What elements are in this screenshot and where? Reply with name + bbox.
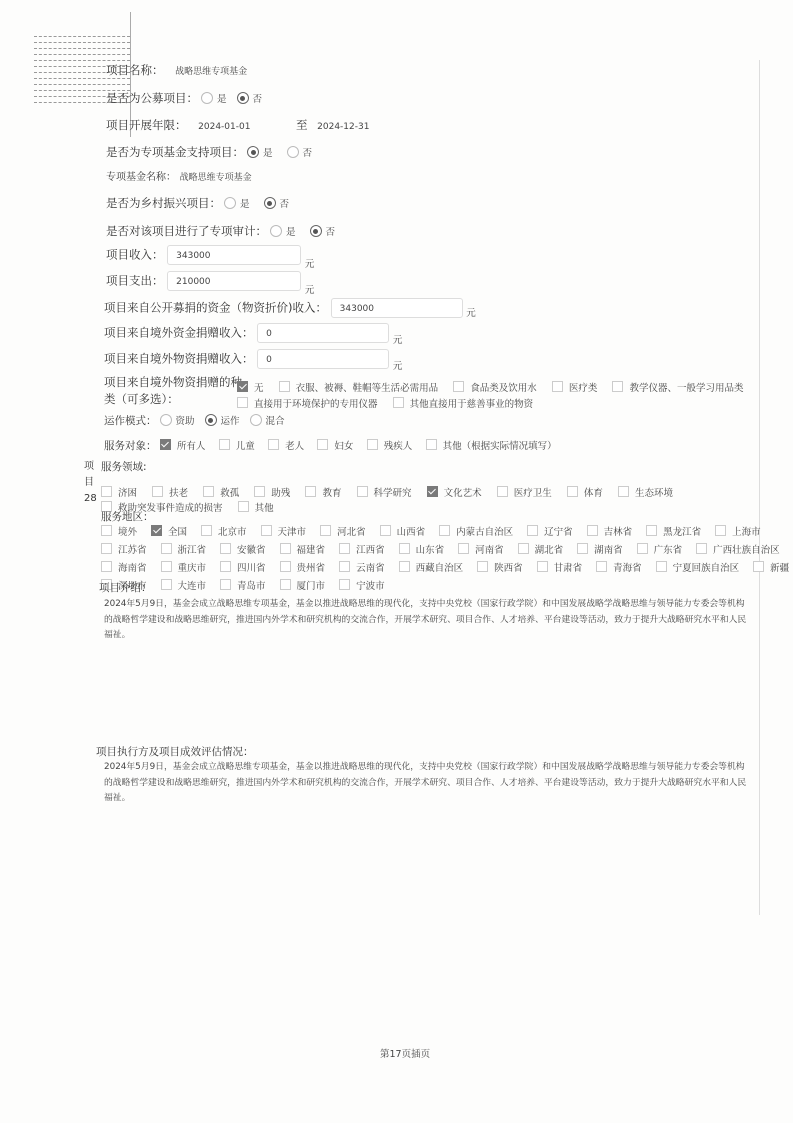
- checkbox[interactable]: [160, 439, 171, 450]
- special-fund-support-yes-radio[interactable]: [247, 146, 259, 158]
- checkbox[interactable]: [161, 561, 172, 572]
- special-fund-name-row: 专项基金名称： 战略思维专项基金: [106, 168, 252, 183]
- option-label: 科学研究: [374, 488, 412, 499]
- operation-mode-operate-radio[interactable]: [205, 414, 217, 426]
- checkbox[interactable]: [637, 543, 648, 554]
- checkbox[interactable]: [237, 381, 248, 392]
- service-field-option[interactable]: 其他: [238, 500, 274, 514]
- checkbox[interactable]: [453, 381, 464, 392]
- checkbox[interactable]: [527, 525, 538, 536]
- foreign-goods-income-row: 项目来自境外物资捐赠收入： 0 元: [104, 349, 402, 369]
- public-donation-income-row: 项目来自公开募捐的资金（物资折价)收入： 343000 元: [104, 298, 476, 318]
- service-region-option[interactable]: 四川省: [220, 561, 266, 576]
- option-label: 其他: [255, 503, 274, 514]
- special-fund-support-row: 是否为专项基金支持项目：是否: [106, 144, 312, 160]
- service-region-option[interactable]: 贵州省: [280, 561, 326, 576]
- option-label: 是: [240, 199, 250, 210]
- option-label: 辽宁省: [544, 527, 573, 538]
- option-label: 直接用于环境保护的专用仪器: [254, 399, 378, 410]
- service-field-option[interactable]: 医疗卫生: [497, 485, 552, 499]
- income-unit: 元: [305, 259, 315, 270]
- service-region-grid: 境外全国北京市天津市河北省山西省内蒙古自治区辽宁省吉林省黑龙江省上海市江苏省浙江…: [101, 522, 793, 594]
- option-label: 天津市: [278, 527, 307, 538]
- service-target-option[interactable]: 老人: [268, 438, 304, 452]
- service-target-option[interactable]: 残疾人: [367, 438, 413, 452]
- option-label: 大连市: [178, 581, 207, 592]
- page-edge-line: [759, 60, 760, 915]
- option-label: 江苏省: [118, 545, 147, 556]
- side-label-line: 项: [84, 459, 97, 475]
- service-target-row: 服务对象： 所有人 儿童 老人 妇女 残疾人 其他（根据实际情况填写）: [104, 438, 567, 453]
- special-fund-support-label: 是否为专项基金支持项目：: [106, 145, 244, 159]
- checkbox[interactable]: [305, 486, 316, 497]
- foreign-fund-income-row: 项目来自境外资金捐赠收入： 0 元: [104, 323, 402, 343]
- service-field-option[interactable]: 教育: [305, 485, 341, 499]
- service-target-option[interactable]: 儿童: [219, 438, 255, 452]
- rural-revitalization-row: 是否为乡村振兴项目：是否: [106, 195, 289, 211]
- service-region-row: 江苏省浙江省安徽省福建省江西省山东省河南省湖北省湖南省广东省广西壮族自治区: [101, 540, 793, 558]
- checkbox[interactable]: [367, 439, 378, 450]
- service-region-option[interactable]: 北京市: [201, 525, 247, 540]
- checkbox[interactable]: [339, 579, 350, 590]
- service-region-option[interactable]: 河南省: [458, 543, 504, 558]
- option-label: 安徽省: [237, 545, 266, 556]
- service-region-option[interactable]: 青海省: [596, 561, 642, 576]
- intro-text: 2024年5月9日，基金会成立战略思维专项基金，基金以推进战略思维的现代化，支持…: [104, 597, 749, 644]
- income-row: 项目收入： 343000 元: [106, 245, 314, 265]
- rural-revitalization-no-radio[interactable]: [264, 197, 276, 209]
- operation-mode-row: 运作模式：资助运作混合: [104, 413, 285, 428]
- intro-label: 项目介绍：: [99, 580, 152, 595]
- goods-type-option[interactable]: 其他直接用于慈善事业的物资: [393, 396, 534, 410]
- checkbox[interactable]: [753, 561, 764, 572]
- goods-type-option[interactable]: 医疗类: [552, 380, 598, 394]
- checkbox[interactable]: [279, 381, 290, 392]
- service-region-option[interactable]: 江西省: [339, 543, 385, 558]
- service-region-option[interactable]: 广东省: [637, 543, 683, 558]
- option-label: 其他直接用于慈善事业的物资: [410, 399, 534, 410]
- goods-type-option[interactable]: 直接用于环境保护的专用仪器: [237, 396, 378, 410]
- service-region-option[interactable]: 黑龙江省: [646, 525, 701, 540]
- option-label: 广西壮族自治区: [713, 545, 780, 556]
- option-label: 湖北省: [535, 545, 564, 556]
- checkbox[interactable]: [612, 381, 623, 392]
- checkbox[interactable]: [477, 561, 488, 572]
- option-label: 西藏自治区: [416, 563, 464, 574]
- checkbox[interactable]: [201, 525, 212, 536]
- option-label: 陕西省: [494, 563, 523, 574]
- checkbox[interactable]: [339, 543, 350, 554]
- option-label: 否: [253, 94, 263, 105]
- service-region-option[interactable]: 辽宁省: [527, 525, 573, 540]
- option-label: 境外: [118, 527, 137, 538]
- service-region-option[interactable]: 湖北省: [518, 543, 564, 558]
- option-label: 否: [303, 148, 313, 159]
- option-label: 青海省: [613, 563, 642, 574]
- option-label: 妇女: [334, 441, 353, 452]
- option-label: 残疾人: [384, 441, 413, 452]
- service-target-option[interactable]: 妇女: [317, 438, 353, 452]
- option-label: 是: [217, 94, 227, 105]
- option-label: 运作: [221, 416, 240, 427]
- service-region-option[interactable]: 宁波市: [339, 579, 385, 594]
- service-region-row: 境外全国北京市天津市河北省山西省内蒙古自治区辽宁省吉林省黑龙江省上海市: [101, 522, 793, 540]
- project-name-row: 项目名称： 战略思维专项基金: [106, 62, 247, 78]
- service-region-row: 深圳市大连市青岛市厦门市宁波市: [101, 576, 793, 594]
- option-label: 文化艺术: [444, 488, 482, 499]
- foreign-fund-income-label: 项目来自境外资金捐赠收入：: [104, 326, 254, 340]
- service-region-option[interactable]: 大连市: [161, 579, 207, 594]
- option-label: 教学仪器、一般学习用品类: [629, 383, 743, 394]
- foreign-goods-types-row2: 直接用于环境保护的专用仪器 其他直接用于慈善事业的物资: [237, 392, 543, 411]
- option-label: 山东省: [416, 545, 445, 556]
- service-region-option[interactable]: 山东省: [399, 543, 445, 558]
- expense-unit: 元: [305, 285, 315, 296]
- special-fund-support-no-radio[interactable]: [287, 146, 299, 158]
- checkbox[interactable]: [537, 561, 548, 572]
- checkbox[interactable]: [399, 561, 410, 572]
- label-line: 项目来自境外物资捐赠的种: [104, 374, 242, 391]
- option-label: 新疆: [770, 563, 789, 574]
- option-label: 广东省: [654, 545, 683, 556]
- checkbox[interactable]: [101, 543, 112, 554]
- checkbox[interactable]: [261, 525, 272, 536]
- public-fundraising-no-radio[interactable]: [237, 92, 249, 104]
- option-label: 江西省: [356, 545, 385, 556]
- checkbox[interactable]: [280, 579, 291, 590]
- service-region-option[interactable]: 安徽省: [220, 543, 266, 558]
- option-label: 所有人: [177, 441, 206, 452]
- expense-row: 项目支出： 210000 元: [106, 271, 314, 291]
- service-target-option[interactable]: 其他（根据实际情况填写）: [426, 438, 557, 452]
- service-region-option[interactable]: 福建省: [280, 543, 326, 558]
- period-row: 项目开展年限： 2024-01-01: [106, 117, 250, 133]
- checkbox[interactable]: [380, 525, 391, 536]
- checkbox[interactable]: [219, 439, 230, 450]
- period-label: 项目开展年限：: [106, 118, 187, 132]
- checkbox[interactable]: [161, 543, 172, 554]
- expense-input[interactable]: 210000: [167, 271, 301, 291]
- service-region-option[interactable]: 重庆市: [161, 561, 207, 576]
- option-label: 四川省: [237, 563, 266, 574]
- service-region-option[interactable]: 西藏自治区: [399, 561, 464, 576]
- checkbox[interactable]: [497, 486, 508, 497]
- option-label: 体育: [584, 488, 603, 499]
- checkbox[interactable]: [220, 561, 231, 572]
- public-fundraising-yes-radio[interactable]: [201, 92, 213, 104]
- operation-mode-grant-radio[interactable]: [160, 414, 172, 426]
- checkbox[interactable]: [357, 486, 368, 497]
- checkbox[interactable]: [399, 543, 410, 554]
- checkbox[interactable]: [426, 439, 437, 450]
- option-label: 贵州省: [297, 563, 326, 574]
- option-label: 河北省: [337, 527, 366, 538]
- checkbox[interactable]: [151, 525, 162, 536]
- option-label: 医疗类: [569, 383, 598, 394]
- checkbox[interactable]: [101, 525, 112, 536]
- checkbox[interactable]: [393, 397, 404, 408]
- service-region-option[interactable]: 湖南省: [577, 543, 623, 558]
- checkbox[interactable]: [587, 525, 598, 536]
- foreign-goods-income-label: 项目来自境外物资捐赠收入：: [104, 352, 254, 366]
- checkbox[interactable]: [268, 439, 279, 450]
- service-region-option[interactable]: 河北省: [320, 525, 366, 540]
- public-fundraising-label: 是否为公募项目：: [106, 91, 198, 105]
- checkbox[interactable]: [317, 439, 328, 450]
- public-donation-income-unit: 元: [466, 308, 476, 319]
- side-label: 项 目 28: [84, 459, 97, 507]
- service-region-option[interactable]: 海南省: [101, 561, 147, 576]
- project-name-value: 战略思维专项基金: [175, 67, 247, 77]
- income-label: 项目收入：: [106, 248, 164, 262]
- service-region-option[interactable]: 青岛市: [220, 579, 266, 594]
- checkbox[interactable]: [696, 543, 707, 554]
- option-label: 青岛市: [237, 581, 266, 592]
- option-label: 是: [263, 148, 273, 159]
- checkbox[interactable]: [220, 543, 231, 554]
- service-region-option[interactable]: 云南省: [339, 561, 385, 576]
- option-label: 上海市: [732, 527, 761, 538]
- operation-mode-mixed-radio[interactable]: [250, 414, 262, 426]
- checkbox[interactable]: [577, 543, 588, 554]
- goods-type-option[interactable]: 教学仪器、一般学习用品类: [612, 380, 743, 394]
- rural-revitalization-label: 是否为乡村振兴项目：: [106, 196, 221, 210]
- service-target-option[interactable]: 所有人: [160, 438, 206, 452]
- option-label: 河南省: [475, 545, 504, 556]
- special-audit-label: 是否对该项目进行了专项审计：: [106, 224, 267, 238]
- option-label: 否: [326, 227, 336, 238]
- special-audit-row: 是否对该项目进行了专项审计：是否: [106, 223, 335, 239]
- option-label: 山西省: [397, 527, 426, 538]
- option-label: 内蒙古自治区: [456, 527, 513, 538]
- option-label: 重庆市: [178, 563, 207, 574]
- checkbox[interactable]: [427, 486, 438, 497]
- service-region-option[interactable]: 上海市: [715, 525, 761, 540]
- service-field-option[interactable]: 科学研究: [357, 485, 412, 499]
- rural-revitalization-yes-radio[interactable]: [224, 197, 236, 209]
- checkbox[interactable]: [439, 525, 450, 536]
- checkbox[interactable]: [552, 381, 563, 392]
- side-label-line: 目: [84, 475, 97, 491]
- service-region-option[interactable]: 山西省: [380, 525, 426, 540]
- public-donation-income-label: 项目来自公开募捐的资金（物资折价)收入：: [104, 301, 327, 315]
- special-audit-yes-radio[interactable]: [270, 225, 282, 237]
- special-fund-name-value: 战略思维专项基金: [180, 173, 252, 183]
- option-label: 海南省: [118, 563, 147, 574]
- option-label: 老人: [285, 441, 304, 452]
- checkbox[interactable]: [518, 543, 529, 554]
- project-name-label: 项目名称：: [106, 63, 164, 77]
- checkbox[interactable]: [280, 561, 291, 572]
- checkbox[interactable]: [339, 561, 350, 572]
- option-label: 福建省: [297, 545, 326, 556]
- checkbox[interactable]: [237, 397, 248, 408]
- service-region-option[interactable]: 浙江省: [161, 543, 207, 558]
- special-fund-name-label: 专项基金名称：: [106, 172, 176, 183]
- checkbox[interactable]: [238, 501, 249, 512]
- checkbox[interactable]: [567, 486, 578, 497]
- evaluation-text: 2024年5月9日，基金会成立战略思维专项基金，基金以推进战略思维的现代化，支持…: [104, 760, 749, 807]
- side-label-line: 28: [84, 491, 97, 507]
- foreign-goods-types-label: 项目来自境外物资捐赠的种 类（可多选）：: [104, 374, 242, 408]
- checkbox[interactable]: [280, 543, 291, 554]
- option-label: 甘肃省: [554, 563, 583, 574]
- checkbox[interactable]: [101, 561, 112, 572]
- service-field-option[interactable]: 生态环境: [618, 485, 673, 499]
- period-separator: 至: [296, 118, 308, 132]
- option-label: 宁波市: [356, 581, 385, 592]
- operation-mode-label: 运作模式：: [104, 415, 157, 427]
- option-label: 北京市: [218, 527, 247, 538]
- option-label: 宁夏回族自治区: [673, 563, 740, 574]
- foreign-fund-income-input[interactable]: 0: [257, 323, 389, 343]
- service-region-option[interactable]: 甘肃省: [537, 561, 583, 576]
- service-region-option[interactable]: 全国: [151, 525, 187, 540]
- option-label: 否: [280, 199, 290, 210]
- period-end: 2024-12-31: [317, 122, 369, 132]
- checkbox[interactable]: [458, 543, 469, 554]
- option-label: 湖南省: [594, 545, 623, 556]
- checkbox[interactable]: [596, 561, 607, 572]
- option-label: 教育: [322, 488, 341, 499]
- evaluation-label: 项目执行方及项目成效评估情况：: [96, 744, 254, 759]
- checkbox[interactable]: [161, 579, 172, 590]
- service-field-option[interactable]: 体育: [567, 485, 603, 499]
- service-region-option[interactable]: 厦门市: [280, 579, 326, 594]
- option-label: 浙江省: [178, 545, 207, 556]
- checkbox[interactable]: [656, 561, 667, 572]
- option-label: 生态环境: [635, 488, 673, 499]
- expense-label: 项目支出：: [106, 274, 164, 288]
- option-label: 黑龙江省: [663, 527, 701, 538]
- option-label: 医疗卫生: [514, 488, 552, 499]
- public-fundraising-row: 是否为公募项目：是否: [106, 90, 262, 106]
- public-donation-income-input[interactable]: 343000: [331, 298, 463, 318]
- service-region-option[interactable]: 天津市: [261, 525, 307, 540]
- checkbox[interactable]: [715, 525, 726, 536]
- foreign-goods-income-unit: 元: [393, 361, 403, 372]
- service-region-option[interactable]: 广西壮族自治区: [696, 543, 780, 558]
- service-region-option[interactable]: 境外: [101, 525, 137, 540]
- option-label: 其他（根据实际情况填写）: [443, 441, 557, 452]
- period-end-group: 至 2024-12-31: [296, 117, 369, 133]
- special-audit-no-radio[interactable]: [310, 225, 322, 237]
- page-footer: 第17页插页: [380, 1046, 430, 1060]
- label-line: 类（可多选）：: [104, 391, 242, 408]
- option-label: 吉林省: [604, 527, 633, 538]
- service-field-option[interactable]: 文化艺术: [427, 485, 482, 499]
- foreign-fund-income-unit: 元: [393, 335, 403, 346]
- option-label: 儿童: [236, 441, 255, 452]
- checkbox[interactable]: [320, 525, 331, 536]
- option-label: 云南省: [356, 563, 385, 574]
- checkbox[interactable]: [646, 525, 657, 536]
- service-region-row: 海南省重庆市四川省贵州省云南省西藏自治区陕西省甘肃省青海省宁夏回族自治区新疆: [101, 558, 793, 576]
- option-label: 是: [286, 227, 296, 238]
- service-region-option[interactable]: 内蒙古自治区: [439, 525, 513, 540]
- checkbox[interactable]: [618, 486, 629, 497]
- option-label: 全国: [168, 527, 187, 538]
- option-label: 资助: [176, 416, 195, 427]
- service-region-option[interactable]: 新疆: [753, 561, 789, 576]
- service-region-option[interactable]: 陕西省: [477, 561, 523, 576]
- option-label: 混合: [266, 416, 285, 427]
- service-target-label: 服务对象：: [104, 440, 157, 452]
- foreign-goods-income-input[interactable]: 0: [257, 349, 389, 369]
- service-region-option[interactable]: 江苏省: [101, 543, 147, 558]
- period-start: 2024-01-01: [198, 122, 250, 132]
- checkbox[interactable]: [220, 579, 231, 590]
- service-region-option[interactable]: 宁夏回族自治区: [656, 561, 740, 576]
- option-label: 厦门市: [297, 581, 326, 592]
- service-field-label: 服务领域:: [101, 459, 147, 474]
- service-region-option[interactable]: 吉林省: [587, 525, 633, 540]
- income-input[interactable]: 343000: [167, 245, 301, 265]
